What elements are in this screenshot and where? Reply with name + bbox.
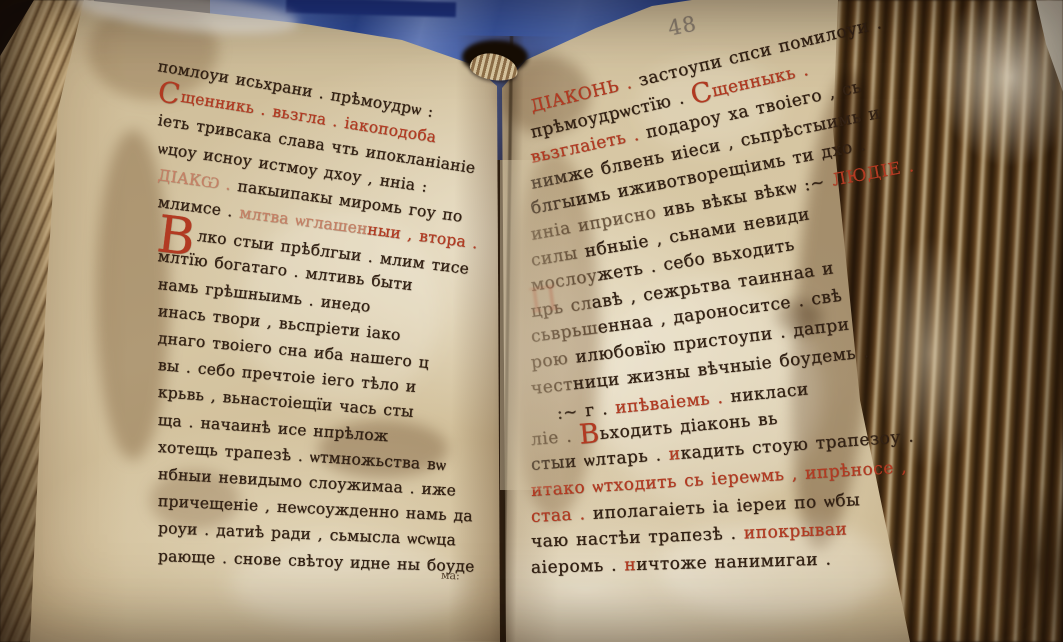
manuscript-line: аіеромь . ничтоже нанимигаи . bbox=[531, 549, 832, 577]
text-segment: н bbox=[624, 555, 636, 575]
text-segment: ипокрываи bbox=[743, 520, 847, 544]
text-segment: иполагаіеть іа іереи по ѡбы bbox=[592, 490, 860, 524]
text-segment: В bbox=[578, 418, 601, 451]
text-segment: аіеромь . bbox=[531, 555, 625, 578]
text-segment: никласи bbox=[730, 380, 810, 408]
photo-open-manuscript-book: помлоуи исьхрани . прѣмоудрѡ :Сщенникь .… bbox=[0, 0, 1063, 642]
faded-margin-wash bbox=[500, 160, 580, 490]
text-segment: ЛЮДІЕ . bbox=[830, 156, 915, 190]
text-segment: ичтоже нанимигаи . bbox=[636, 549, 832, 575]
text-segment: стаа . bbox=[530, 503, 593, 526]
text-segment: чаю настѣи трапезѣ . bbox=[531, 524, 745, 552]
catchword: ма: bbox=[441, 569, 460, 583]
